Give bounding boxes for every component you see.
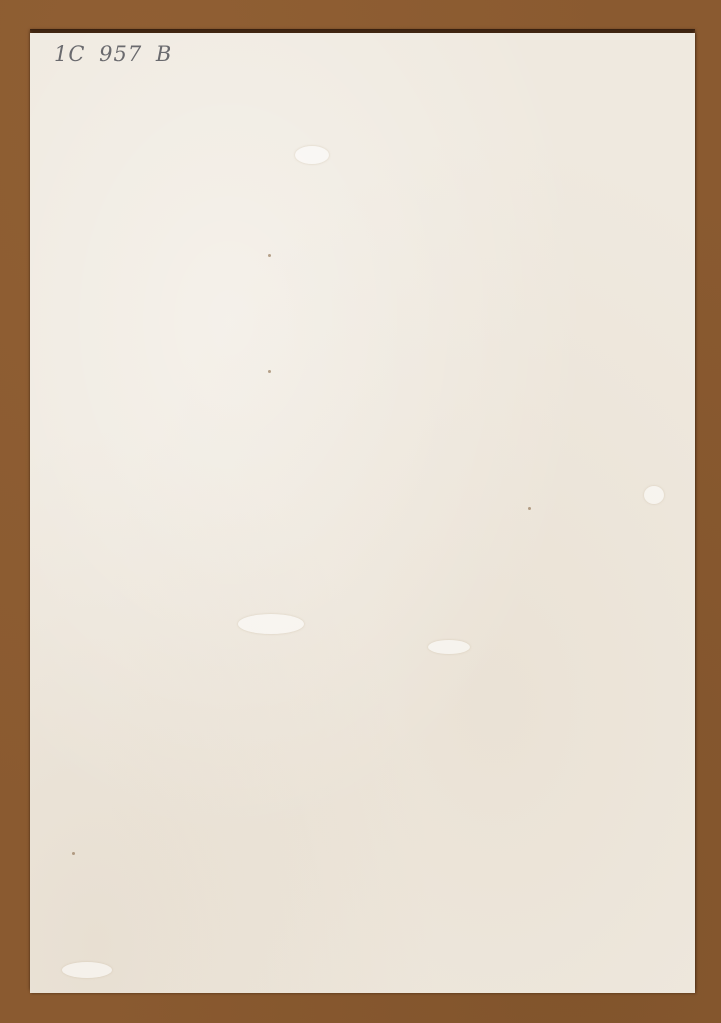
paper-speck (528, 507, 531, 510)
paper-speck (268, 370, 271, 373)
paper-blemish (644, 486, 664, 504)
paper-blemish (295, 146, 329, 164)
paper-blemish (428, 640, 470, 654)
handwritten-inscription: 1C 957 B (54, 42, 172, 66)
paper-blemish (62, 962, 112, 978)
paper-blemish (238, 614, 304, 634)
paper-card (30, 33, 695, 993)
paper-speck (72, 852, 75, 855)
paper-speck (268, 254, 271, 257)
